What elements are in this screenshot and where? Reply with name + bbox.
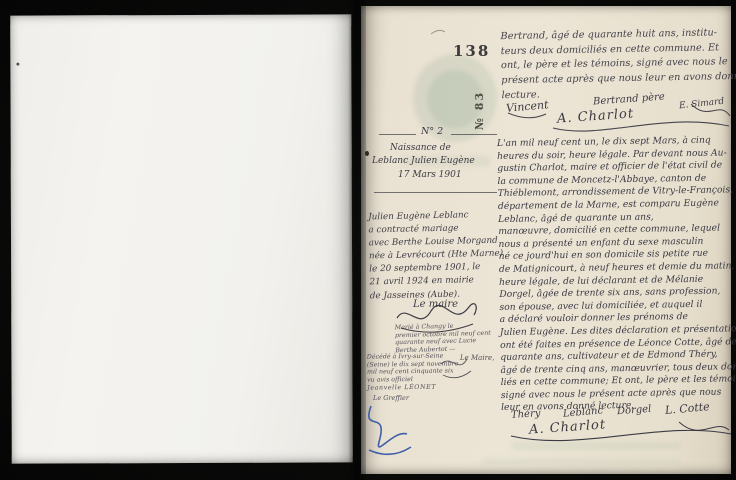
archive-number-stamp: № 83 xyxy=(473,91,486,130)
folio-number: 138 xyxy=(453,42,490,60)
gutter-shadow xyxy=(348,0,366,480)
text-bleedthrough xyxy=(511,442,681,450)
blue-clerk-signature xyxy=(369,406,411,454)
right-register-page: 138 № 83 Bertrand, âgé de quarante huit … xyxy=(361,6,731,474)
margin-rule xyxy=(379,134,416,135)
witness-signature: Théry xyxy=(511,408,541,421)
paper-speck xyxy=(16,63,19,66)
mayor-signoff: Le maire xyxy=(413,299,458,310)
witness-signature: Dorgel xyxy=(617,404,652,417)
margin-rule xyxy=(451,134,497,135)
margin-rule xyxy=(374,192,497,193)
text-bleedthrough xyxy=(481,458,681,465)
second-marriage-note: Marié à Changy le premier octobre mil ne… xyxy=(395,322,492,355)
birth-act-text: L'an mil neuf cent un, le dix sept Mars,… xyxy=(497,134,736,415)
officiant-signature: A. Charlot xyxy=(529,417,607,437)
act-nature: Naissance de xyxy=(390,143,451,153)
act-date: 17 Mars 1901 xyxy=(398,170,462,180)
previous-act-text: Bertrand, âgé de quarante huit ans, inst… xyxy=(500,26,736,104)
act-number: N° 2 xyxy=(421,126,443,137)
death-note: Décédé à Ivry-sur-Seine (Seine) le dix s… xyxy=(367,352,459,392)
note-line: Jeanvelle LÉONET xyxy=(367,383,459,392)
act-name: Leblanc Julien Eugène xyxy=(372,156,475,166)
mayor-signoff-small: Le Maire, xyxy=(460,354,494,362)
clerk-signoff: Le Greffier xyxy=(373,394,409,402)
left-blank-page xyxy=(10,14,353,463)
officiant-signature: A. Charlot xyxy=(557,106,635,126)
register-scan: 138 № 83 Bertrand, âgé de quarante huit … xyxy=(0,0,736,480)
pencil-mark xyxy=(431,30,445,34)
marriage-mention: Julien Eugène Leblanc a contracté mariag… xyxy=(368,209,504,303)
witness-signature: L. Cotte xyxy=(665,400,711,417)
officiant-flourish xyxy=(679,422,729,430)
witness-signature: Vincent xyxy=(506,98,550,115)
